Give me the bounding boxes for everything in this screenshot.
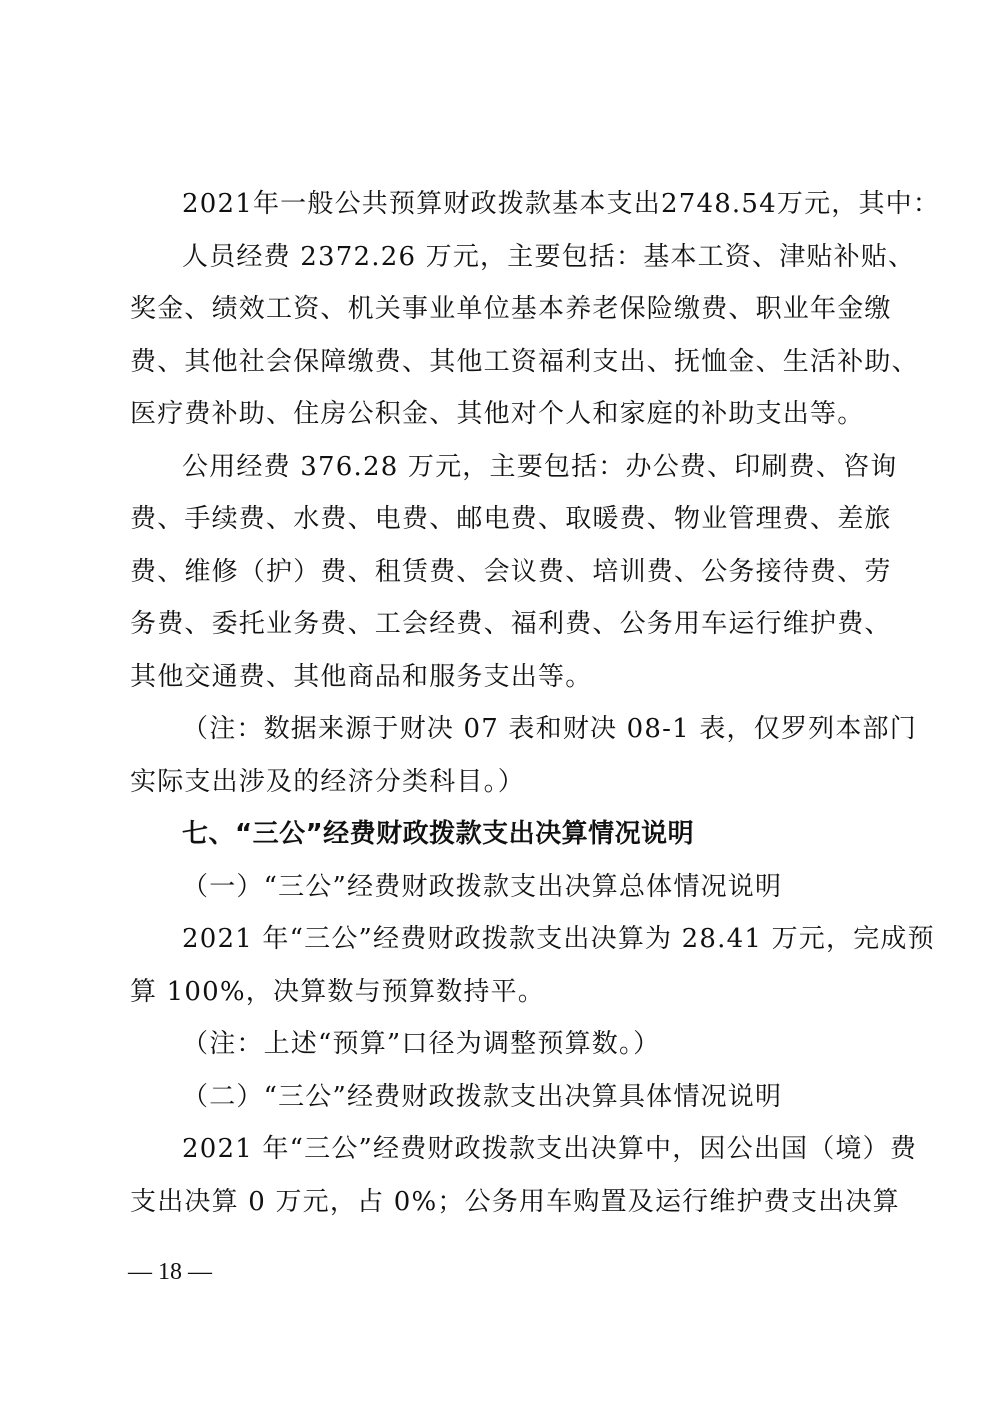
paragraph-personnel-line-4: 医疗费补助、住房公积金、其他对个人和家庭的补助支出等。 <box>130 398 864 430</box>
paragraph-overall-line-1: 2021 年“三公”经费财政拨款支出决算为 28.41 万元，完成预 <box>182 923 864 955</box>
note-budget-definition: （注：上述“预算”口径为调整预算数。） <box>182 1028 864 1060</box>
section-heading-three-public: 七、“三公”经费财政拨款支出决算情况说明 <box>182 818 864 850</box>
subsection-heading-details: （二）“三公”经费财政拨款支出决算具体情况说明 <box>182 1081 864 1113</box>
paragraph-public-line-5: 其他交通费、其他商品和服务支出等。 <box>130 661 864 693</box>
paragraph-personnel-line-1: 人员经费 2372.26 万元，主要包括：基本工资、津贴补贴、 <box>182 241 864 273</box>
paragraph-personnel-line-2: 奖金、绩效工资、机关事业单位基本养老保险缴费、职业年金缴 <box>130 293 864 325</box>
note-data-source-line-1: （注：数据来源于财决 07 表和财决 08-1 表，仅罗列本部门 <box>182 713 864 745</box>
subsection-heading-overall: （一）“三公”经费财政拨款支出决算总体情况说明 <box>182 871 864 903</box>
paragraph-personnel-line-3: 费、其他社会保障缴费、其他工资福利支出、抚恤金、生活补助、 <box>130 346 864 378</box>
paragraph-overall-line-2: 算 100%，决算数与预算数持平。 <box>130 976 864 1008</box>
page-number: — 18 — <box>128 1257 212 1287</box>
note-data-source-line-2: 实际支出涉及的经济分类科目。） <box>130 766 864 798</box>
paragraph-public-line-1: 公用经费 376.28 万元，主要包括：办公费、印刷费、咨询 <box>182 451 864 483</box>
paragraph-basic-expenditure: 2021年一般公共预算财政拨款基本支出2748.54万元，其中： <box>182 188 864 220</box>
paragraph-public-line-2: 费、手续费、水费、电费、邮电费、取暖费、物业管理费、差旅 <box>130 503 864 535</box>
paragraph-details-line-2: 支出决算 0 万元，占 0%；公务用车购置及运行维护费支出决算 <box>130 1186 864 1218</box>
paragraph-public-line-3: 费、维修（护）费、租赁费、会议费、培训费、公务接待费、劳 <box>130 556 864 588</box>
document-page: 2021年一般公共预算财政拨款基本支出2748.54万元，其中： 人员经费 23… <box>0 0 992 1403</box>
paragraph-public-line-4: 务费、委托业务费、工会经费、福利费、公务用车运行维护费、 <box>130 608 864 640</box>
paragraph-details-line-1: 2021 年“三公”经费财政拨款支出决算中，因公出国（境）费 <box>182 1133 864 1165</box>
